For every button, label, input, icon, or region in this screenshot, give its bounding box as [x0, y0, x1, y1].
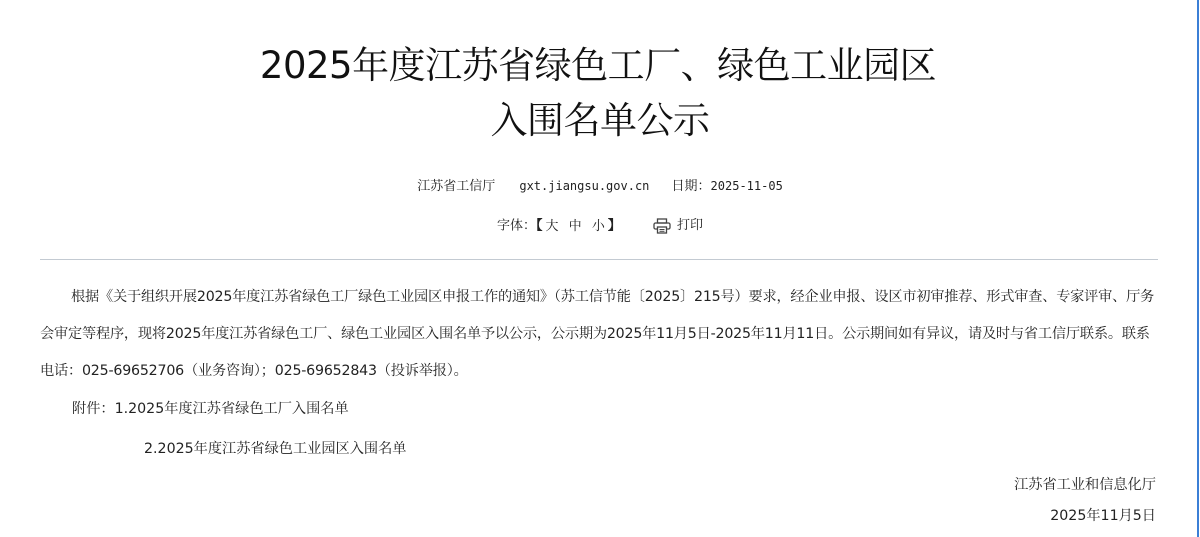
printer-icon: [653, 218, 671, 234]
close-bracket: 】: [608, 219, 621, 234]
print-label: 打印: [677, 216, 703, 236]
attachment-link-1[interactable]: 1.2025年度江苏省绿色工厂入围名单: [115, 401, 349, 417]
attachment-label: 附件：: [72, 401, 115, 417]
signature-date: 2025年11月5日: [1050, 504, 1156, 528]
date-value: 2025-11-05: [711, 176, 783, 196]
font-size-label: 字体：: [497, 219, 536, 234]
article-meta: 江苏省工信厅 gxt.jiangsu.gov.cn 日期：2025-11-05: [0, 176, 1200, 197]
font-size-controls: 字体：【大 中 小】 打印: [0, 216, 1200, 237]
font-small-button[interactable]: 小: [592, 219, 605, 234]
print-button[interactable]: 打印: [653, 216, 703, 236]
source-site: gxt.jiangsu.gov.cn: [519, 176, 649, 196]
signature-org: 江苏省工业和信息化厅: [1014, 473, 1156, 497]
header-divider: [40, 259, 1158, 260]
attachment-2[interactable]: 2.2025年度江苏省绿色工业园区入围名单: [144, 434, 406, 464]
font-large-button[interactable]: 大: [546, 219, 559, 234]
date-label: 日期：: [672, 177, 711, 197]
attachment-link-2[interactable]: 2.2025年度江苏省绿色工业园区入围名单: [144, 441, 406, 457]
page-title-line-2: 入围名单公示: [0, 93, 1200, 149]
font-medium-button[interactable]: 中: [569, 219, 582, 234]
page-title-line-1: 2025年度江苏省绿色工厂、绿色工业园区: [0, 38, 1198, 94]
body-paragraph: 根据《关于组织开展2025年度江苏省绿色工厂绿色工业园区申报工作的通知》（苏工信…: [40, 279, 1160, 390]
source-label: 江苏省工信厅: [417, 177, 495, 197]
article-body: 根据《关于组织开展2025年度江苏省绿色工厂绿色工业园区申报工作的通知》（苏工信…: [40, 279, 1160, 390]
open-bracket: 【: [536, 219, 543, 234]
attachment-1[interactable]: 附件：1.2025年度江苏省绿色工厂入围名单: [72, 394, 349, 424]
